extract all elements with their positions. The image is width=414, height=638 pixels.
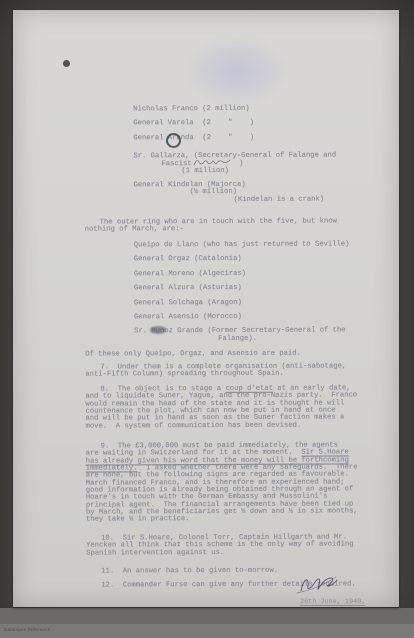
typed-line: General Solchaga (Aragon): [134, 299, 414, 308]
ink-overwrite-mark: [150, 326, 166, 334]
typed-line: Of these only Queipo, Orgaz, and Asensio…: [85, 350, 375, 359]
paragraph-10: 10. Sir S.Hoare, Colonel Torr, Captain H…: [86, 534, 376, 557]
handwritten-signature: [293, 574, 341, 596]
typed-line: General Moreno (Algeciras): [134, 270, 414, 279]
typed-line: 12. Commander Furse can give any further…: [101, 581, 391, 590]
typed-line: Spanish intervention against us.: [86, 549, 376, 558]
typed-line: nothing of March, are:-: [85, 226, 375, 235]
handwritten-word: [193, 157, 233, 168]
typed-line: 11. An answer has to be given to-morrow.: [101, 567, 391, 576]
item-11: 11. An answer has to be given to-morrow.: [101, 567, 391, 576]
scanned-document: Catalogue Reference Nicholas Franco (2 m…: [0, 0, 414, 638]
typed-line: (Kindelan is a crank): [134, 196, 414, 205]
typed-line: move. A system of communication has been…: [85, 422, 375, 431]
typed-line: anti-Fifth Column) spreading throughout …: [85, 371, 375, 380]
typed-line: Falange).: [134, 335, 414, 344]
typed-line: General Asensio (Morocco): [134, 313, 414, 322]
typed-line: Queipo de Llano (who has just returned t…: [134, 241, 414, 250]
item-12: 12. Commander Furse can give any further…: [101, 581, 391, 590]
paragraph-7: 7. Under them is a complete organisation…: [85, 363, 375, 379]
scanner-backing-band-light: [0, 624, 414, 638]
paragraph-8: 8. The object is to stage a coup d'etat …: [85, 385, 375, 430]
typed-line: they take ½ in practice.: [86, 516, 376, 525]
typed-line: General Varela (2 " ): [133, 119, 414, 128]
typed-line: General Alzura (Asturias): [134, 284, 414, 293]
paragraph-9: 9. The £3,000,000 must be paid immediate…: [86, 442, 376, 524]
typed-content: Nicholas Franco (2 million)General Varel…: [12, 9, 401, 608]
paid-note: Of these only Queipo, Orgaz, and Asensio…: [85, 350, 375, 359]
document-page: Nicholas Franco (2 million)General Varel…: [13, 10, 399, 607]
typed-line: General Orgaz (Catalonia): [134, 255, 414, 264]
inner-circle-list: Nicholas Franco (2 million)General Varel…: [133, 105, 414, 204]
document-date: 26th June, 1940.: [300, 598, 365, 606]
outer-ring-list: Queipo de Llano (who has just returned t…: [134, 241, 414, 344]
typed-line: (1 million): [133, 167, 414, 176]
typed-line: Nicholas Franco (2 million): [133, 105, 414, 114]
outer-ring-intro: The outer ring who are in touch with the…: [85, 218, 375, 234]
archive-reference: Catalogue Reference: [4, 627, 50, 632]
ink-circle-mark: [166, 133, 181, 148]
scanner-backing-band: [0, 608, 414, 624]
